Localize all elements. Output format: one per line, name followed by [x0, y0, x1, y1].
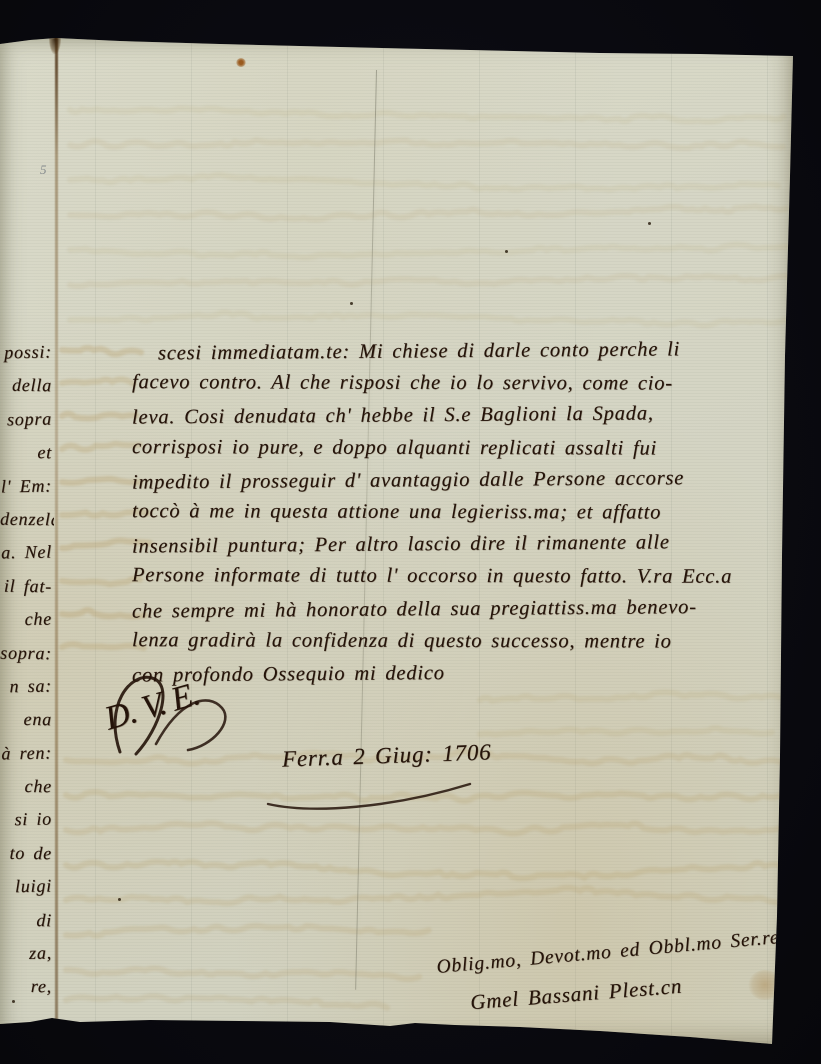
body-line: scesi immediatam.te: Mi chiese di darle … — [158, 333, 788, 370]
fold-thread — [49, 34, 61, 54]
fragment-line: l' Em: — [0, 469, 54, 503]
fragment-line: che — [0, 770, 54, 804]
body-line: toccò à me in questa attione una legieri… — [132, 495, 788, 529]
fragment-line: sopra — [0, 402, 54, 436]
ink-speck — [118, 898, 121, 901]
letter-body: scesi immediatam.te: Mi chiese di darle … — [132, 335, 788, 689]
body-line: che sempre mi hà honorato della sua preg… — [132, 590, 788, 627]
ink-speck — [505, 250, 508, 253]
fragment-line: ena — [0, 703, 54, 737]
fragment-line: n sa: — [0, 669, 54, 703]
fragment-line: si io — [0, 803, 54, 837]
fragment-line: possi: — [0, 336, 54, 370]
fragment-line: to de — [0, 837, 54, 871]
body-line: impedito il prosseguir d' avantaggio dal… — [132, 461, 788, 498]
body-line: lenza gradirà la confidenza di questo su… — [132, 624, 788, 658]
body-line: corrisposi io pure, e doppo alquanti rep… — [132, 431, 788, 465]
fragment-line: luigi — [0, 870, 54, 904]
fragment-line: sopra: — [0, 636, 54, 670]
fragment-line: il fat- — [0, 569, 54, 603]
fragment-line: et — [0, 436, 54, 470]
fragment-line: re, — [0, 970, 54, 1004]
body-line: leva. Cosi denudata ch' hebbe il S.e Bag… — [132, 397, 788, 434]
fragment-line: à ren: — [0, 736, 54, 770]
letter-paper: 5 possi: della sopra et l' Em: denzela a… — [0, 36, 796, 1048]
body-line: insensibil puntura; Per altro lascio dir… — [132, 526, 788, 563]
fragment-line: della — [0, 369, 54, 403]
photo-background: 5 possi: della sopra et l' Em: denzela a… — [0, 0, 821, 1064]
pencil-mark: 5 — [40, 162, 47, 178]
body-line: facevo contro. Al che risposi che io lo … — [132, 366, 788, 400]
body-line: Persone informate di tutto l' occorso in… — [132, 559, 788, 593]
fragment-line: che — [0, 603, 54, 637]
fold-crease — [55, 36, 58, 1026]
dateline-flourish — [262, 774, 482, 814]
ink-speck — [648, 222, 651, 225]
fragment-line: di — [0, 903, 54, 937]
fragment-line: za, — [0, 937, 54, 971]
fragment-line: a. Nel — [0, 536, 54, 570]
fragment-line: denzela — [0, 503, 54, 537]
facing-page-fragments: possi: della sopra et l' Em: denzela a. … — [0, 336, 54, 1004]
ink-speck — [350, 302, 353, 305]
